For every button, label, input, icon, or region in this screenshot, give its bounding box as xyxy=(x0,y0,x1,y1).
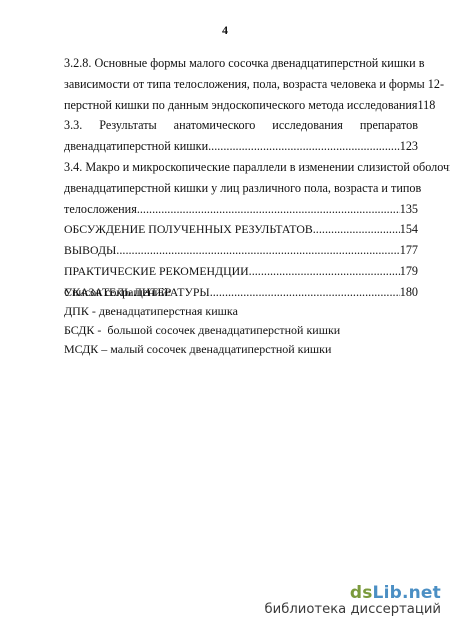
toc-entry-3-2-8-line-1: 3.2.8. Основные формы малого сосочка две… xyxy=(64,53,418,74)
watermark-subtitle: библиотека диссертаций xyxy=(265,602,442,617)
toc-page-number: 180 xyxy=(400,282,418,303)
logo-lib-net: Lib.net xyxy=(373,583,441,603)
abbreviations-list: Список сокращений: ДПК - двенадцатиперст… xyxy=(64,283,340,359)
toc-page-number: 135 xyxy=(400,199,418,220)
page-number: 4 xyxy=(0,23,450,38)
toc-entry-text: ВЫВОДЫ xyxy=(64,240,116,261)
toc-page-number: 154 xyxy=(400,219,418,240)
toc-entry-3-4-line-1: 3.4. Макро и микроскопические параллели … xyxy=(64,157,418,178)
toc-entry-3-4-line-2: двенадцатиперстной кишки у лиц различног… xyxy=(64,178,418,199)
toc-leader-dots xyxy=(208,136,400,157)
toc-entry-text: перстной кишки по данным эндоскопическог… xyxy=(64,95,418,116)
toc-entry-text: ПРАКТИЧЕСКИЕ РЕКОМЕНДЦИИ xyxy=(64,261,249,282)
toc-entry-text: телосложения xyxy=(64,199,137,220)
toc-entry-discussion: ОБСУЖДЕНИЕ ПОЛУЧЕННЫХ РЕЗУЛЬТАТОВ 154 xyxy=(64,219,418,240)
abbreviation-item: ДПК - двенадцатиперстная кишка xyxy=(64,302,340,321)
dslib-watermark: dsLib.net библиотека диссертаций xyxy=(265,584,442,617)
toc-entry-text: двенадцатиперстной кишки xyxy=(64,136,208,157)
table-of-contents: 3.2.8. Основные формы малого сосочка две… xyxy=(64,53,418,303)
toc-leader-dots xyxy=(137,199,400,220)
toc-entry-3-3-line-2: двенадцатиперстной кишки 123 xyxy=(64,136,418,157)
toc-entry-3-2-8-line-2: зависимости от типа телосложения, пола, … xyxy=(64,74,418,95)
abbreviation-item: БСДК - большой сосочек двенадцатиперстно… xyxy=(64,321,340,340)
toc-page-number: 179 xyxy=(400,261,418,282)
toc-leader-dots xyxy=(116,240,399,261)
toc-entry-3-2-8-line-3: перстной кишки по данным эндоскопическог… xyxy=(64,95,418,116)
toc-entry-conclusions: ВЫВОДЫ 177 xyxy=(64,240,418,261)
toc-entry-recommendations: ПРАКТИЧЕСКИЕ РЕКОМЕНДЦИИ 179 xyxy=(64,261,418,282)
toc-leader-dots xyxy=(313,219,400,240)
toc-page-number: 177 xyxy=(400,240,418,261)
abbreviations-title: Список сокращений: xyxy=(64,283,340,302)
abbreviation-item: МСДК – малый сосочек двенадцатиперстной … xyxy=(64,340,340,359)
dslib-logo: dsLib.net xyxy=(265,584,442,602)
toc-entry-3-4-line-3: телосложения 135 xyxy=(64,199,418,220)
toc-leader-dots xyxy=(249,261,400,282)
toc-entry-text: ОБСУЖДЕНИЕ ПОЛУЧЕННЫХ РЕЗУЛЬТАТОВ xyxy=(64,219,313,240)
toc-page-number: 123 xyxy=(400,136,418,157)
toc-entry-3-3-line-1: 3.3. Результаты анатомического исследова… xyxy=(64,115,418,136)
toc-page-number: 118 xyxy=(418,95,436,116)
logo-ds: ds xyxy=(350,583,373,603)
